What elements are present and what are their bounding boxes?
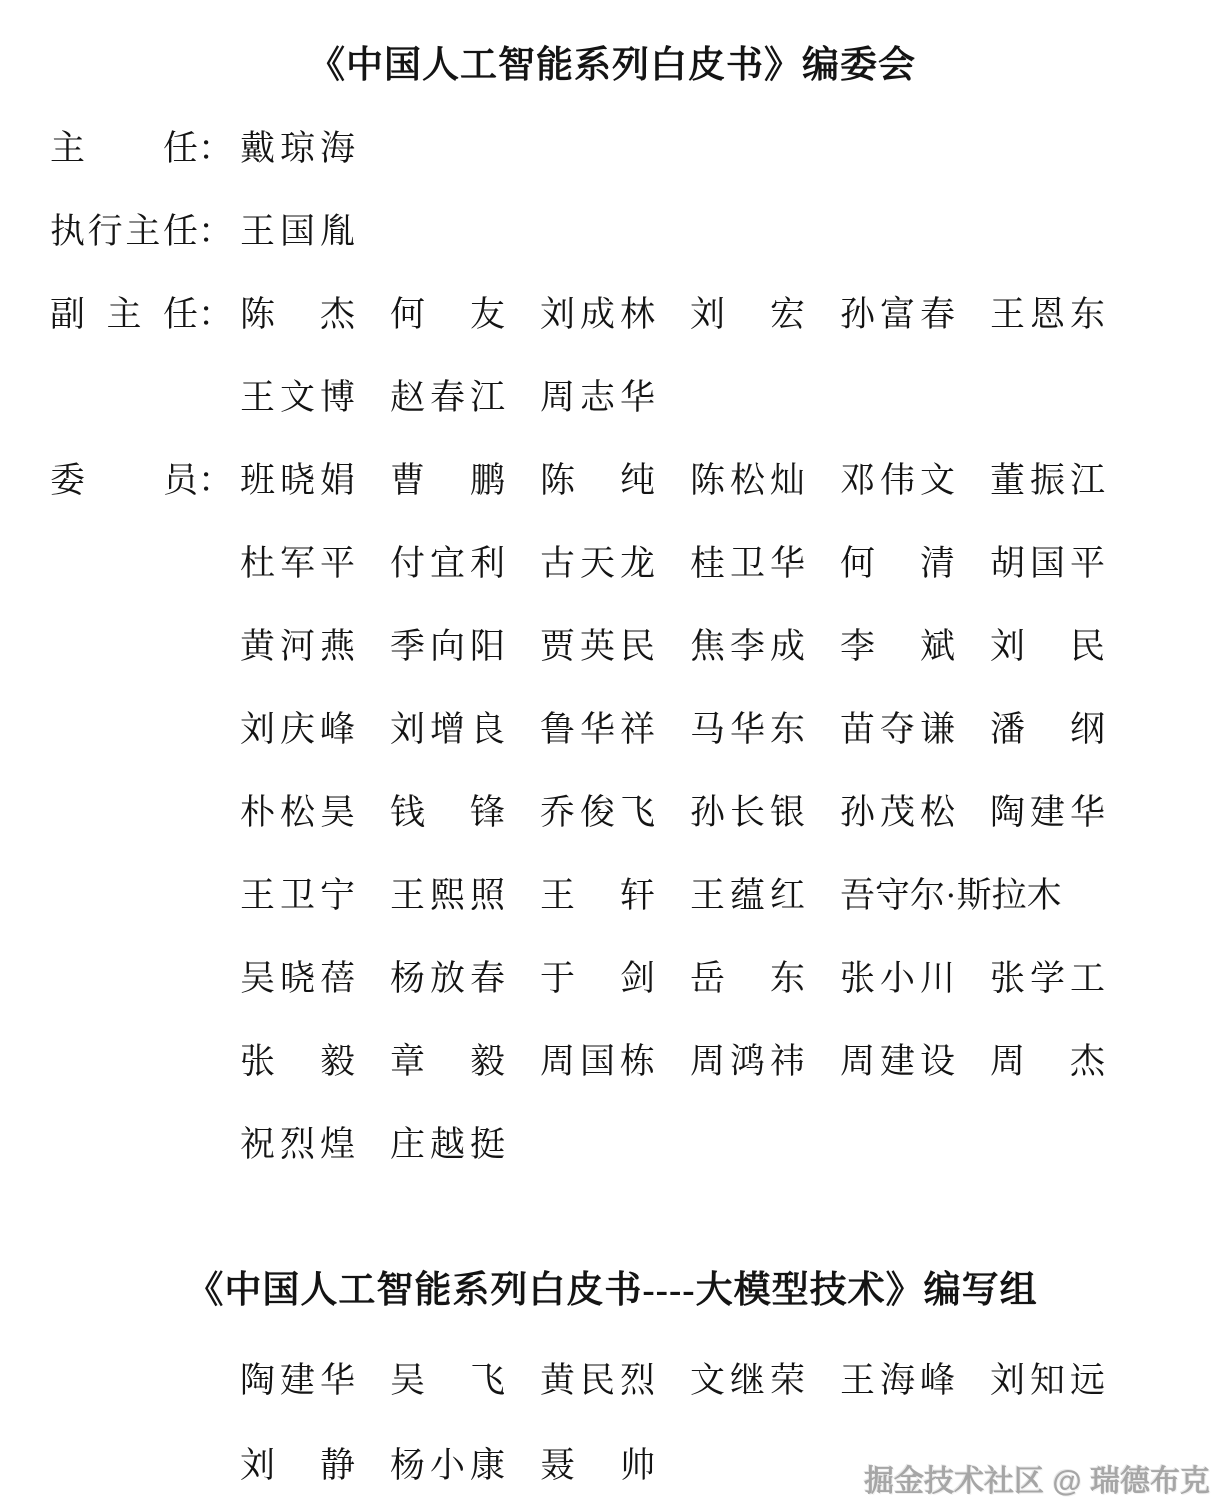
member-name: 刘成林 — [540, 287, 655, 337]
member-line: 王卫宁王熙照王轩王蕴红吾守尔·斯拉木 — [0, 851, 1224, 934]
member-name: 戴琼海 — [240, 121, 355, 171]
member-name: 祝烈煌 — [240, 1117, 355, 1167]
name-list: 黄河燕季向阳贾英民焦李成李斌刘民 — [240, 619, 1140, 669]
member-name: 乔俊飞 — [540, 785, 655, 835]
document-page: 《中国人工智能系列白皮书》编委会 主任：戴琼海执行主任：王国胤副主任：陈杰何友刘… — [0, 0, 1224, 1512]
member-name: 马华东 — [690, 702, 805, 752]
name-list: 王卫宁王熙照王轩王蕴红吾守尔·斯拉木 — [240, 868, 1097, 918]
member-name: 李斌 — [840, 619, 955, 669]
member-name: 焦李成 — [690, 619, 805, 669]
role-label-colon: ： — [198, 287, 233, 337]
member-name: 王蕴红 — [690, 868, 805, 918]
member-line: 吴晓蓓杨放春于剑岳东张小川张学工 — [0, 934, 1224, 1017]
name-list: 刘庆峰刘增良鲁华祥马华东苗夺谦潘纲 — [240, 702, 1140, 752]
member-name: 陶建华 — [240, 1353, 355, 1403]
role-label-cell: 委员： — [50, 453, 240, 503]
member-name: 章毅 — [390, 1034, 505, 1084]
role-label-colon: ： — [198, 204, 233, 254]
role-label: 副主任 — [50, 287, 198, 337]
member-name: 岳东 — [690, 951, 805, 1001]
member-name: 陈纯 — [540, 453, 655, 503]
member-line: 刘庆峰刘增良鲁华祥马华东苗夺谦潘纲 — [0, 685, 1224, 768]
member-name: 吴晓蓓 — [240, 951, 355, 1001]
member-name: 刘宏 — [690, 287, 805, 337]
name-list: 张毅章毅周国栋周鸿祎周建设周杰 — [240, 1034, 1140, 1084]
member-name: 周志华 — [540, 370, 655, 420]
member-name: 陶建华 — [990, 785, 1105, 835]
name-list: 陶建华吴飞黄民烈文继荣王海峰刘知远 — [240, 1353, 1140, 1403]
member-name: 何友 — [390, 287, 505, 337]
member-name: 钱锋 — [390, 785, 505, 835]
member-name: 黄民烈 — [540, 1353, 655, 1403]
member-name: 孙茂松 — [840, 785, 955, 835]
name-list: 班晓娟曹鹏陈纯陈松灿邓伟文董振江 — [240, 453, 1140, 503]
name-list: 戴琼海 — [240, 121, 390, 171]
member-name: 王海峰 — [840, 1353, 955, 1403]
committee-title: 《中国人工智能系列白皮书》编委会 — [0, 0, 1224, 92]
name-list: 刘静杨小康聂帅 — [240, 1438, 690, 1488]
member-name: 胡国平 — [990, 536, 1105, 586]
member-name: 刘民 — [990, 619, 1105, 669]
member-name: 何清 — [840, 536, 955, 586]
member-name: 孙长银 — [690, 785, 805, 835]
member-name: 王熙照 — [390, 868, 505, 918]
name-list: 朴松昊钱锋乔俊飞孙长银孙茂松陶建华 — [240, 785, 1140, 835]
member-name: 王卫宁 — [240, 868, 355, 918]
member-name: 吴飞 — [390, 1353, 505, 1403]
name-list: 王国胤 — [240, 204, 390, 254]
watermark-text: 掘金技术社区 @ 瑞德布克 — [864, 1456, 1210, 1500]
role-label-colon: ： — [198, 453, 233, 503]
name-list: 祝烈煌庄越挺 — [240, 1117, 540, 1167]
member-name: 杨放春 — [390, 951, 505, 1001]
member-name: 于剑 — [540, 951, 655, 1001]
member-name: 张学工 — [990, 951, 1105, 1001]
role-label-cell: 副主任： — [50, 287, 240, 337]
member-name: 班晓娟 — [240, 453, 355, 503]
member-name: 刘庆峰 — [240, 702, 355, 752]
role-label: 委员 — [50, 453, 198, 503]
member-name: 周建设 — [840, 1034, 955, 1084]
member-name: 贾英民 — [540, 619, 655, 669]
member-name: 周鸿祎 — [690, 1034, 805, 1084]
committee-member-list: 主任：戴琼海执行主任：王国胤副主任：陈杰何友刘成林刘宏孙富春王恩东王文博赵春江周… — [0, 104, 1224, 1183]
member-name: 陈松灿 — [690, 453, 805, 503]
member-name: 孙富春 — [840, 287, 955, 337]
member-name: 曹鹏 — [390, 453, 505, 503]
member-name: 潘纲 — [990, 702, 1105, 752]
role-label: 主任 — [50, 121, 198, 171]
member-line: 祝烈煌庄越挺 — [0, 1100, 1224, 1183]
member-name: 吾守尔·斯拉木 — [840, 868, 1062, 918]
member-name: 刘静 — [240, 1438, 355, 1488]
member-name: 赵春江 — [390, 370, 505, 420]
member-name: 文继荣 — [690, 1353, 805, 1403]
member-line: 陶建华吴飞黄民烈文继荣王海峰刘知远 — [0, 1335, 1224, 1420]
member-name: 刘知远 — [990, 1353, 1105, 1403]
member-name: 张小川 — [840, 951, 955, 1001]
member-line: 张毅章毅周国栋周鸿祎周建设周杰 — [0, 1017, 1224, 1100]
member-name: 刘增良 — [390, 702, 505, 752]
member-name: 王文博 — [240, 370, 355, 420]
member-line: 副主任：陈杰何友刘成林刘宏孙富春王恩东 — [0, 270, 1224, 353]
member-name: 桂卫华 — [690, 536, 805, 586]
member-name: 古天龙 — [540, 536, 655, 586]
member-line: 杜军平付宜利古天龙桂卫华何清胡国平 — [0, 519, 1224, 602]
member-line: 主任：戴琼海 — [0, 104, 1224, 187]
member-line: 黄河燕季向阳贾英民焦李成李斌刘民 — [0, 602, 1224, 685]
member-name: 黄河燕 — [240, 619, 355, 669]
member-name: 陈杰 — [240, 287, 355, 337]
member-name: 王国胤 — [240, 204, 355, 254]
role-label: 执行主任 — [50, 204, 198, 254]
member-name: 朴松昊 — [240, 785, 355, 835]
member-name: 杜军平 — [240, 536, 355, 586]
member-line: 委员：班晓娟曹鹏陈纯陈松灿邓伟文董振江 — [0, 436, 1224, 519]
member-name: 邓伟文 — [840, 453, 955, 503]
member-name: 苗夺谦 — [840, 702, 955, 752]
member-name: 张毅 — [240, 1034, 355, 1084]
member-name: 庄越挺 — [390, 1117, 505, 1167]
member-name: 付宜利 — [390, 536, 505, 586]
name-list: 杜军平付宜利古天龙桂卫华何清胡国平 — [240, 536, 1140, 586]
member-line: 执行主任：王国胤 — [0, 187, 1224, 270]
role-label-cell: 执行主任： — [50, 204, 240, 254]
role-label-cell: 主任： — [50, 121, 240, 171]
member-line: 王文博赵春江周志华 — [0, 353, 1224, 436]
member-name: 杨小康 — [390, 1438, 505, 1488]
member-name: 周杰 — [990, 1034, 1105, 1084]
name-list: 吴晓蓓杨放春于剑岳东张小川张学工 — [240, 951, 1140, 1001]
member-name: 鲁华祥 — [540, 702, 655, 752]
member-name: 王轩 — [540, 868, 655, 918]
writing-group-title: 《中国人工智能系列白皮书----大模型技术》编写组 — [0, 1265, 1224, 1317]
role-label-colon: ： — [198, 121, 233, 171]
member-name: 季向阳 — [390, 619, 505, 669]
member-name: 周国栋 — [540, 1034, 655, 1084]
member-name: 王恩东 — [990, 287, 1105, 337]
member-name: 聂帅 — [540, 1438, 655, 1488]
member-name: 董振江 — [990, 453, 1105, 503]
name-list: 王文博赵春江周志华 — [240, 370, 690, 420]
member-line: 朴松昊钱锋乔俊飞孙长银孙茂松陶建华 — [0, 768, 1224, 851]
name-list: 陈杰何友刘成林刘宏孙富春王恩东 — [240, 287, 1140, 337]
